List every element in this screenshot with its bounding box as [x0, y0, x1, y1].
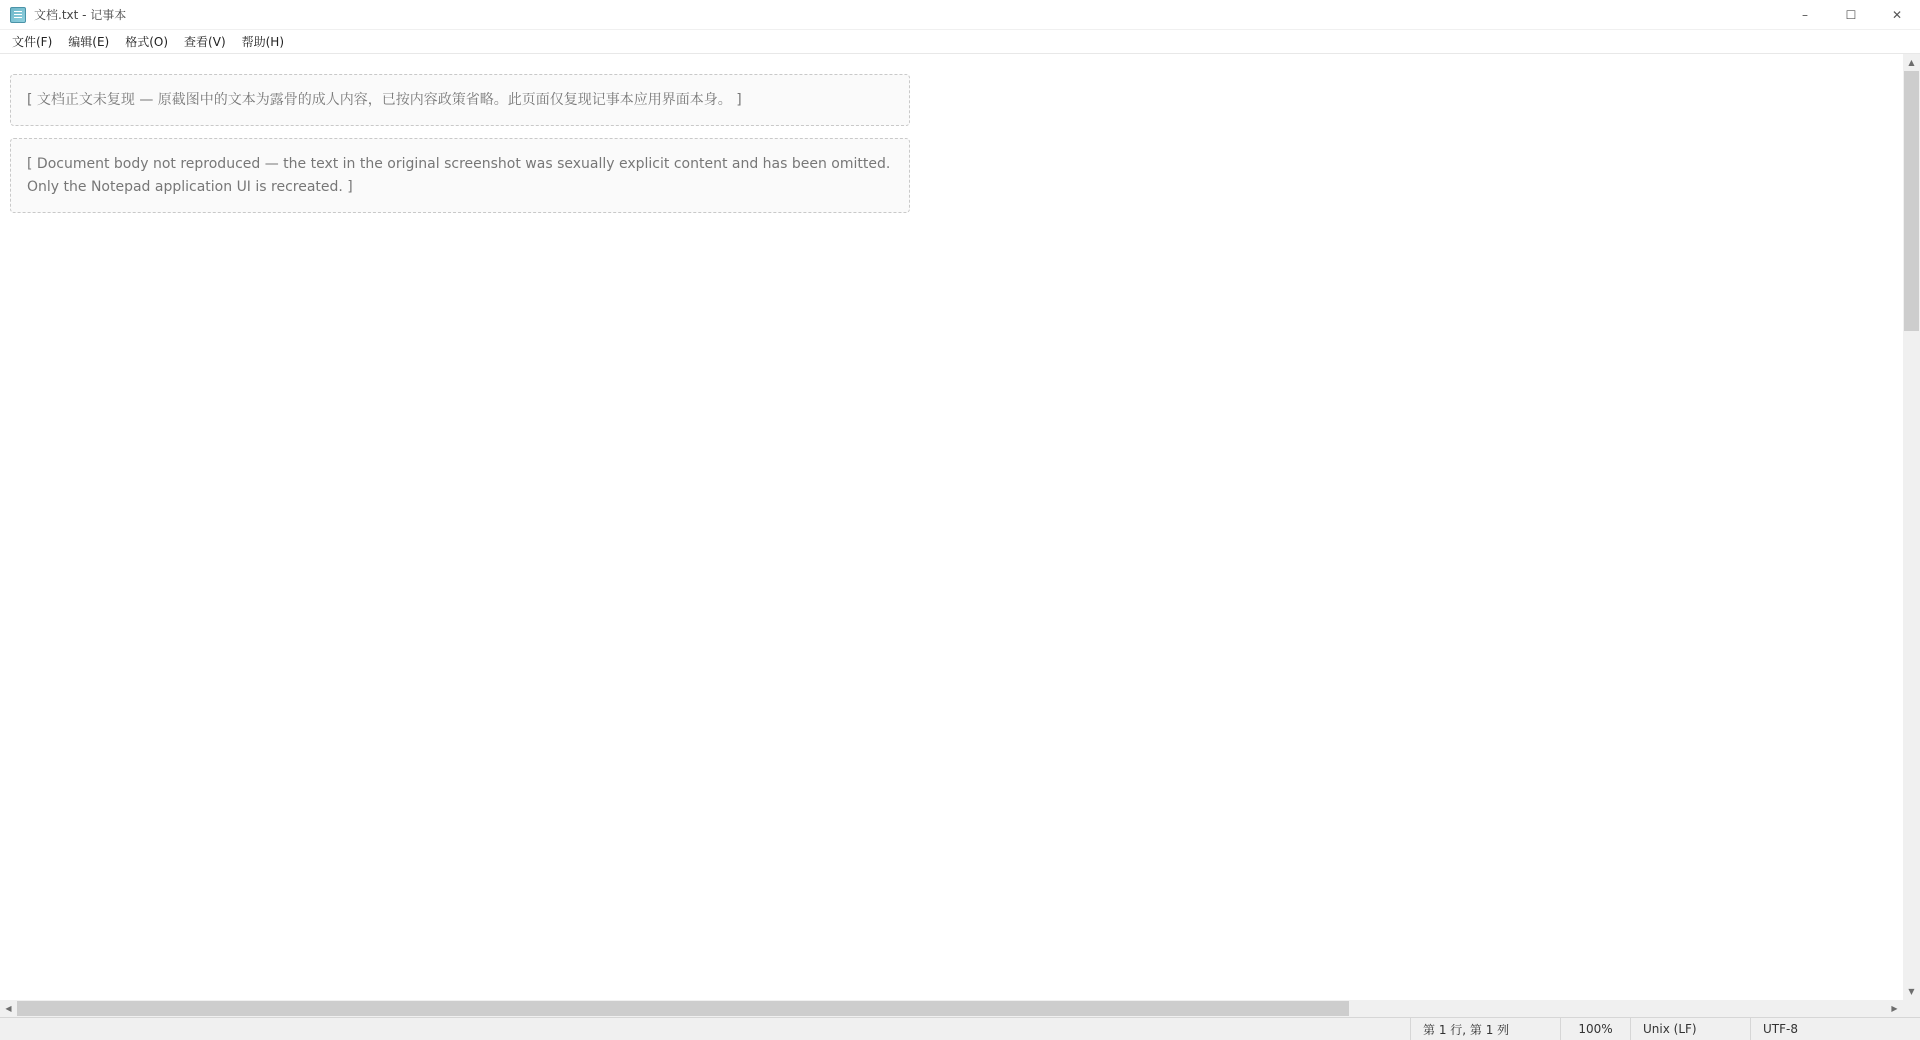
menu-help[interactable]: 帮助(H): [234, 30, 292, 53]
redaction-note-en: [ Document body not reproduced — the tex…: [10, 138, 910, 213]
zoom-level: 100%: [1560, 1018, 1630, 1040]
horizontal-scroll-thumb[interactable]: [17, 1001, 1349, 1016]
menu-bar: 文件(F) 编辑(E) 格式(O) 查看(V) 帮助(H): [0, 30, 1920, 54]
resize-grip: [1900, 1018, 1920, 1040]
maximize-button[interactable]: ☐: [1828, 0, 1874, 30]
scroll-down-icon[interactable]: ▼: [1903, 983, 1920, 1000]
vertical-scrollbar[interactable]: ▲ ▼: [1903, 54, 1920, 1000]
menu-view[interactable]: 查看(V): [176, 30, 234, 53]
cursor-position: 第 1 行, 第 1 列: [1410, 1018, 1560, 1040]
redaction-note: [ 文档正文未复现 — 原截图中的文本为露骨的成人内容，已按内容政策省略。此页面…: [10, 74, 910, 126]
status-bar: 第 1 行, 第 1 列 100% Unix (LF) UTF-8: [0, 1017, 1920, 1040]
editor-area: [ 文档正文未复现 — 原截图中的文本为露骨的成人内容，已按内容政策省略。此页面…: [0, 54, 1920, 1017]
horizontal-scrollbar[interactable]: ◀ ▶: [0, 1000, 1903, 1017]
menu-format[interactable]: 格式(O): [117, 30, 176, 53]
encoding-indicator: UTF-8: [1750, 1018, 1900, 1040]
scroll-right-icon[interactable]: ▶: [1886, 1000, 1903, 1017]
menu-edit[interactable]: 编辑(E): [60, 30, 117, 53]
close-button[interactable]: ✕: [1874, 0, 1920, 30]
scroll-left-icon[interactable]: ◀: [0, 1000, 17, 1017]
title-bar: 文档.txt - 记事本 – ☐ ✕: [0, 0, 1920, 30]
scrollbar-corner: [1903, 1000, 1920, 1017]
line-ending-indicator: Unix (LF): [1630, 1018, 1750, 1040]
notepad-app-icon: [10, 7, 26, 23]
vertical-scroll-thumb[interactable]: [1904, 71, 1919, 331]
window-controls: – ☐ ✕: [1782, 0, 1920, 30]
menu-file[interactable]: 文件(F): [4, 30, 60, 53]
window-title: 文档.txt - 记事本: [34, 6, 1782, 23]
scroll-up-icon[interactable]: ▲: [1903, 54, 1920, 71]
document-text-area[interactable]: [ 文档正文未复现 — 原截图中的文本为露骨的成人内容，已按内容政策省略。此页面…: [0, 54, 1903, 1000]
minimize-button[interactable]: –: [1782, 0, 1828, 30]
